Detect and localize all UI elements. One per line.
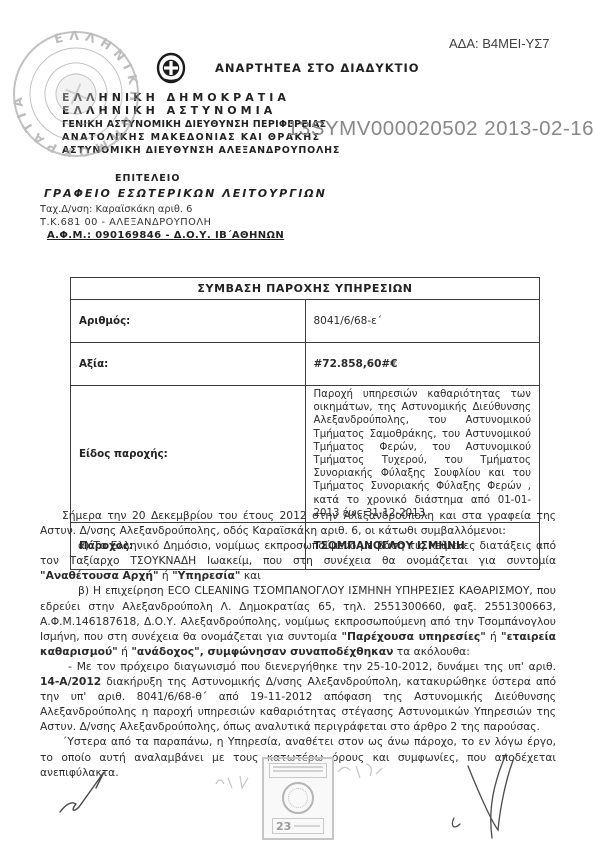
body-paragraph-intro: Σήμερα την 20 Δεκεμβρίου του έτους 2012 … <box>40 508 556 538</box>
staff-label: ΕΠΙΤΕΛΕΙΟ <box>115 173 180 184</box>
signature-left <box>52 762 127 822</box>
row-value-label: Αξία: <box>71 343 306 386</box>
round-seal-graphic: ΕΛΛΗΝΙΚΗ ΔΗΜΟΚΡΑΤΙΑ <box>6 16 146 168</box>
tax-stamp: 23 <box>262 757 334 840</box>
body-paragraph-party-a: α) Το Ελληνικό Δημόσιο, νομίμως εκπροσωπ… <box>40 538 556 583</box>
document-page: ΕΛΛΗΝΙΚΗ ΔΗΜΟΚΡΑΤΙΑ ΑΔΑ: Β4ΜΕΙ-ΥΣ7 13SYM… <box>0 0 595 842</box>
row-value-value: #72.858,60#€ <box>305 343 540 386</box>
body-paragraph-party-b: β) Η επιχείρηση ECO CLEANING ΤΣΟΜΠΑΝΟΓΛΟ… <box>40 583 556 658</box>
tax-id-line: Α.Φ.Μ.: 090169846 - Δ.Ο.Υ. ΙΒ΄ΑΘΗΝΩΝ <box>47 230 284 241</box>
round-seal-stamp: ΕΛΛΗΝΙΚΗ ΔΗΜΟΚΡΑΤΙΑ <box>6 16 146 168</box>
tax-stamp-number: 23 <box>276 821 291 832</box>
tax-stamp-seal-circle <box>282 782 314 814</box>
posted-on-web-label: ΑΝΑΡΤΗΤΕΑ ΣΤΟ ΔΙΑΔΥΚΤΙΟ <box>215 61 420 75</box>
table-title-row: ΣΥΜΒΑΣΗ ΠΑΡΟΧΗΣ ΥΠΗΡΕΣΙΩΝ <box>71 278 540 300</box>
signature-right <box>440 748 540 842</box>
body-paragraph-tender: - Με τον πρόχειρο διαγωνισμό που διενεργ… <box>40 659 556 734</box>
postal-address: Ταχ.Δ/νση: Καραϊσκάκη αριθ. 6 <box>40 204 192 215</box>
watermark-code: 13SYMV000020502 2013-02-16 <box>287 117 594 141</box>
office-label: ΓΡΑΦΕΙΟ ΕΣΩΤΕΡΙΚΩΝ ΛΕΙΤΟΥΡΓΙΩΝ <box>44 187 327 200</box>
postal-code-city: Τ.Κ.681 00 - ΑΛΕΞΑΝΔΡΟΥΠΟΛΗ <box>40 217 211 228</box>
row-service-type-label: Είδος παροχής: <box>71 386 306 523</box>
national-emblem-icon <box>156 52 186 84</box>
ada-code: ΑΔΑ: Β4ΜΕΙ-ΥΣ7 <box>449 36 550 51</box>
table-title: ΣΥΜΒΑΣΗ ΠΑΡΟΧΗΣ ΥΠΗΡΕΣΙΩΝ <box>71 278 540 300</box>
row-number-value: 8041/6/68-ε΄ <box>305 300 540 343</box>
table-row: Αριθμός: 8041/6/68-ε΄ <box>71 300 540 343</box>
tax-stamp-number-box: 23 <box>272 818 324 834</box>
row-number-label: Αριθμός: <box>71 300 306 343</box>
contract-body-text: Σήμερα την 20 Δεκεμβρίου του έτους 2012 … <box>40 508 556 780</box>
table-row: Είδος παροχής: Παροχή υπηρεσιών καθαριότ… <box>71 386 540 523</box>
row-service-type-value: Παροχή υπηρεσιών καθαριότητας των οικημά… <box>305 386 540 523</box>
tax-stamp-header-box <box>269 763 327 778</box>
table-row: Αξία: #72.858,60#€ <box>71 343 540 386</box>
